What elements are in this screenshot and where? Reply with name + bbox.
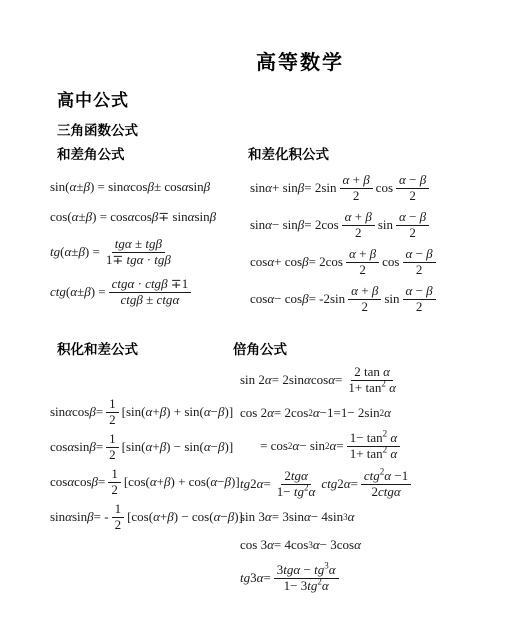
fraction: ctgα · ctgβ ∓1ctgβ ± ctgα	[109, 276, 192, 308]
formula: cos α − cos β = -2sinα + β2sinα − β2	[250, 283, 516, 315]
fraction: 3tgα − tg3α1− 3tg2α	[274, 562, 339, 594]
formula: cos(α ± β) = cos α cos β ∓ sin α sin β	[50, 206, 255, 228]
formula: cos 2α = 2cos2 α −1=1− 2sin2 α	[240, 402, 516, 424]
formula: cos α + cos β = 2cosα + β2cosα − β2	[250, 246, 516, 278]
fraction: α − β2	[403, 246, 436, 278]
fraction: α + β2	[348, 283, 381, 315]
formula: ctg(α ± β) = ctgα · ctgβ ∓1ctgβ ± ctgα	[50, 276, 255, 308]
formula: tg(α ± β) = tgα ± tgβ1∓ tgα · tgβ	[50, 236, 255, 268]
fraction: α + β2	[340, 172, 373, 204]
fraction: 2tgα1− tg2α	[274, 468, 319, 500]
formula: sin(α ± β) = sin α cos β ± cos α sin β	[50, 176, 255, 198]
fraction: 12	[108, 466, 121, 498]
formula: tg 3α = 3tgα − tg3α1− 3tg2α	[240, 562, 516, 594]
formula-column-sum-to-product: sin α + sin β = 2sinα + β2cosα − β2sin α…	[250, 172, 516, 320]
heading-trig-formulas: 三角函数公式	[57, 119, 138, 139]
formula-column-product-to-sum: sin α cos β = 12[sin(α + β) + sin(α − β)…	[50, 396, 245, 536]
fraction: 12	[112, 501, 125, 533]
fraction: 12	[106, 396, 119, 428]
formula: cos 3α = 4cos3 α − 3cos α	[240, 534, 516, 556]
header-sum-diff-angle: 和差角公式	[57, 143, 125, 163]
fraction: 1− tan2 α1+ tan2 α	[347, 430, 401, 462]
header-product-to-sum: 积化和差公式	[57, 338, 138, 358]
formula: sin 3α = 3sin α − 4sin3 α	[240, 506, 516, 528]
fraction: α + β2	[342, 209, 375, 241]
formula: sin α sin β = -12[cos(α + β) − cos(α − β…	[50, 501, 245, 533]
fraction: α − β2	[396, 172, 429, 204]
header-double-angle: 倍角公式	[233, 338, 287, 358]
page-title: 高等数学	[256, 46, 344, 75]
formula-column-double-angle: sin 2α = 2sin α cos α = 2 tan α1+ tan2 α…	[240, 364, 516, 600]
formula: tg 2α = 2tgα1− tg2α ctg 2α = ctg2α −12ct…	[240, 468, 516, 500]
formula: sin α + sin β = 2sinα + β2cosα − β2	[250, 172, 516, 204]
header-sum-to-product: 和差化积公式	[248, 143, 329, 163]
fraction: α − β2	[396, 209, 429, 241]
formula-column-sum-diff-angle: sin(α ± β) = sin α cos β ± cos α sin βco…	[50, 176, 255, 316]
fraction: tgα ± tgβ1∓ tgα · tgβ	[103, 236, 174, 268]
fraction: α − β2	[403, 283, 436, 315]
formula: cos α sin β = 12[sin(α + β) − sin(α − β)…	[50, 431, 245, 463]
formula: sin α − sin β = 2cosα + β2sinα − β2	[250, 209, 516, 241]
fraction: 2 tan α1+ tan2 α	[345, 364, 399, 396]
fraction: α + β2	[346, 246, 379, 278]
fraction: 12	[106, 431, 119, 463]
formula: sin α cos β = 12[sin(α + β) + sin(α − β)…	[50, 396, 245, 428]
formula: sin 2α = 2sin α cos α = 2 tan α1+ tan2 α	[240, 364, 516, 396]
heading-highschool-formulas: 高中公式	[57, 86, 129, 111]
formula: cos α cos β = 12[cos(α + β) + cos(α − β)…	[50, 466, 245, 498]
fraction: ctg2α −12ctgα	[361, 468, 411, 500]
formula: = cos2 α − sin2 α = 1− tan2 α1+ tan2 α	[240, 430, 516, 462]
